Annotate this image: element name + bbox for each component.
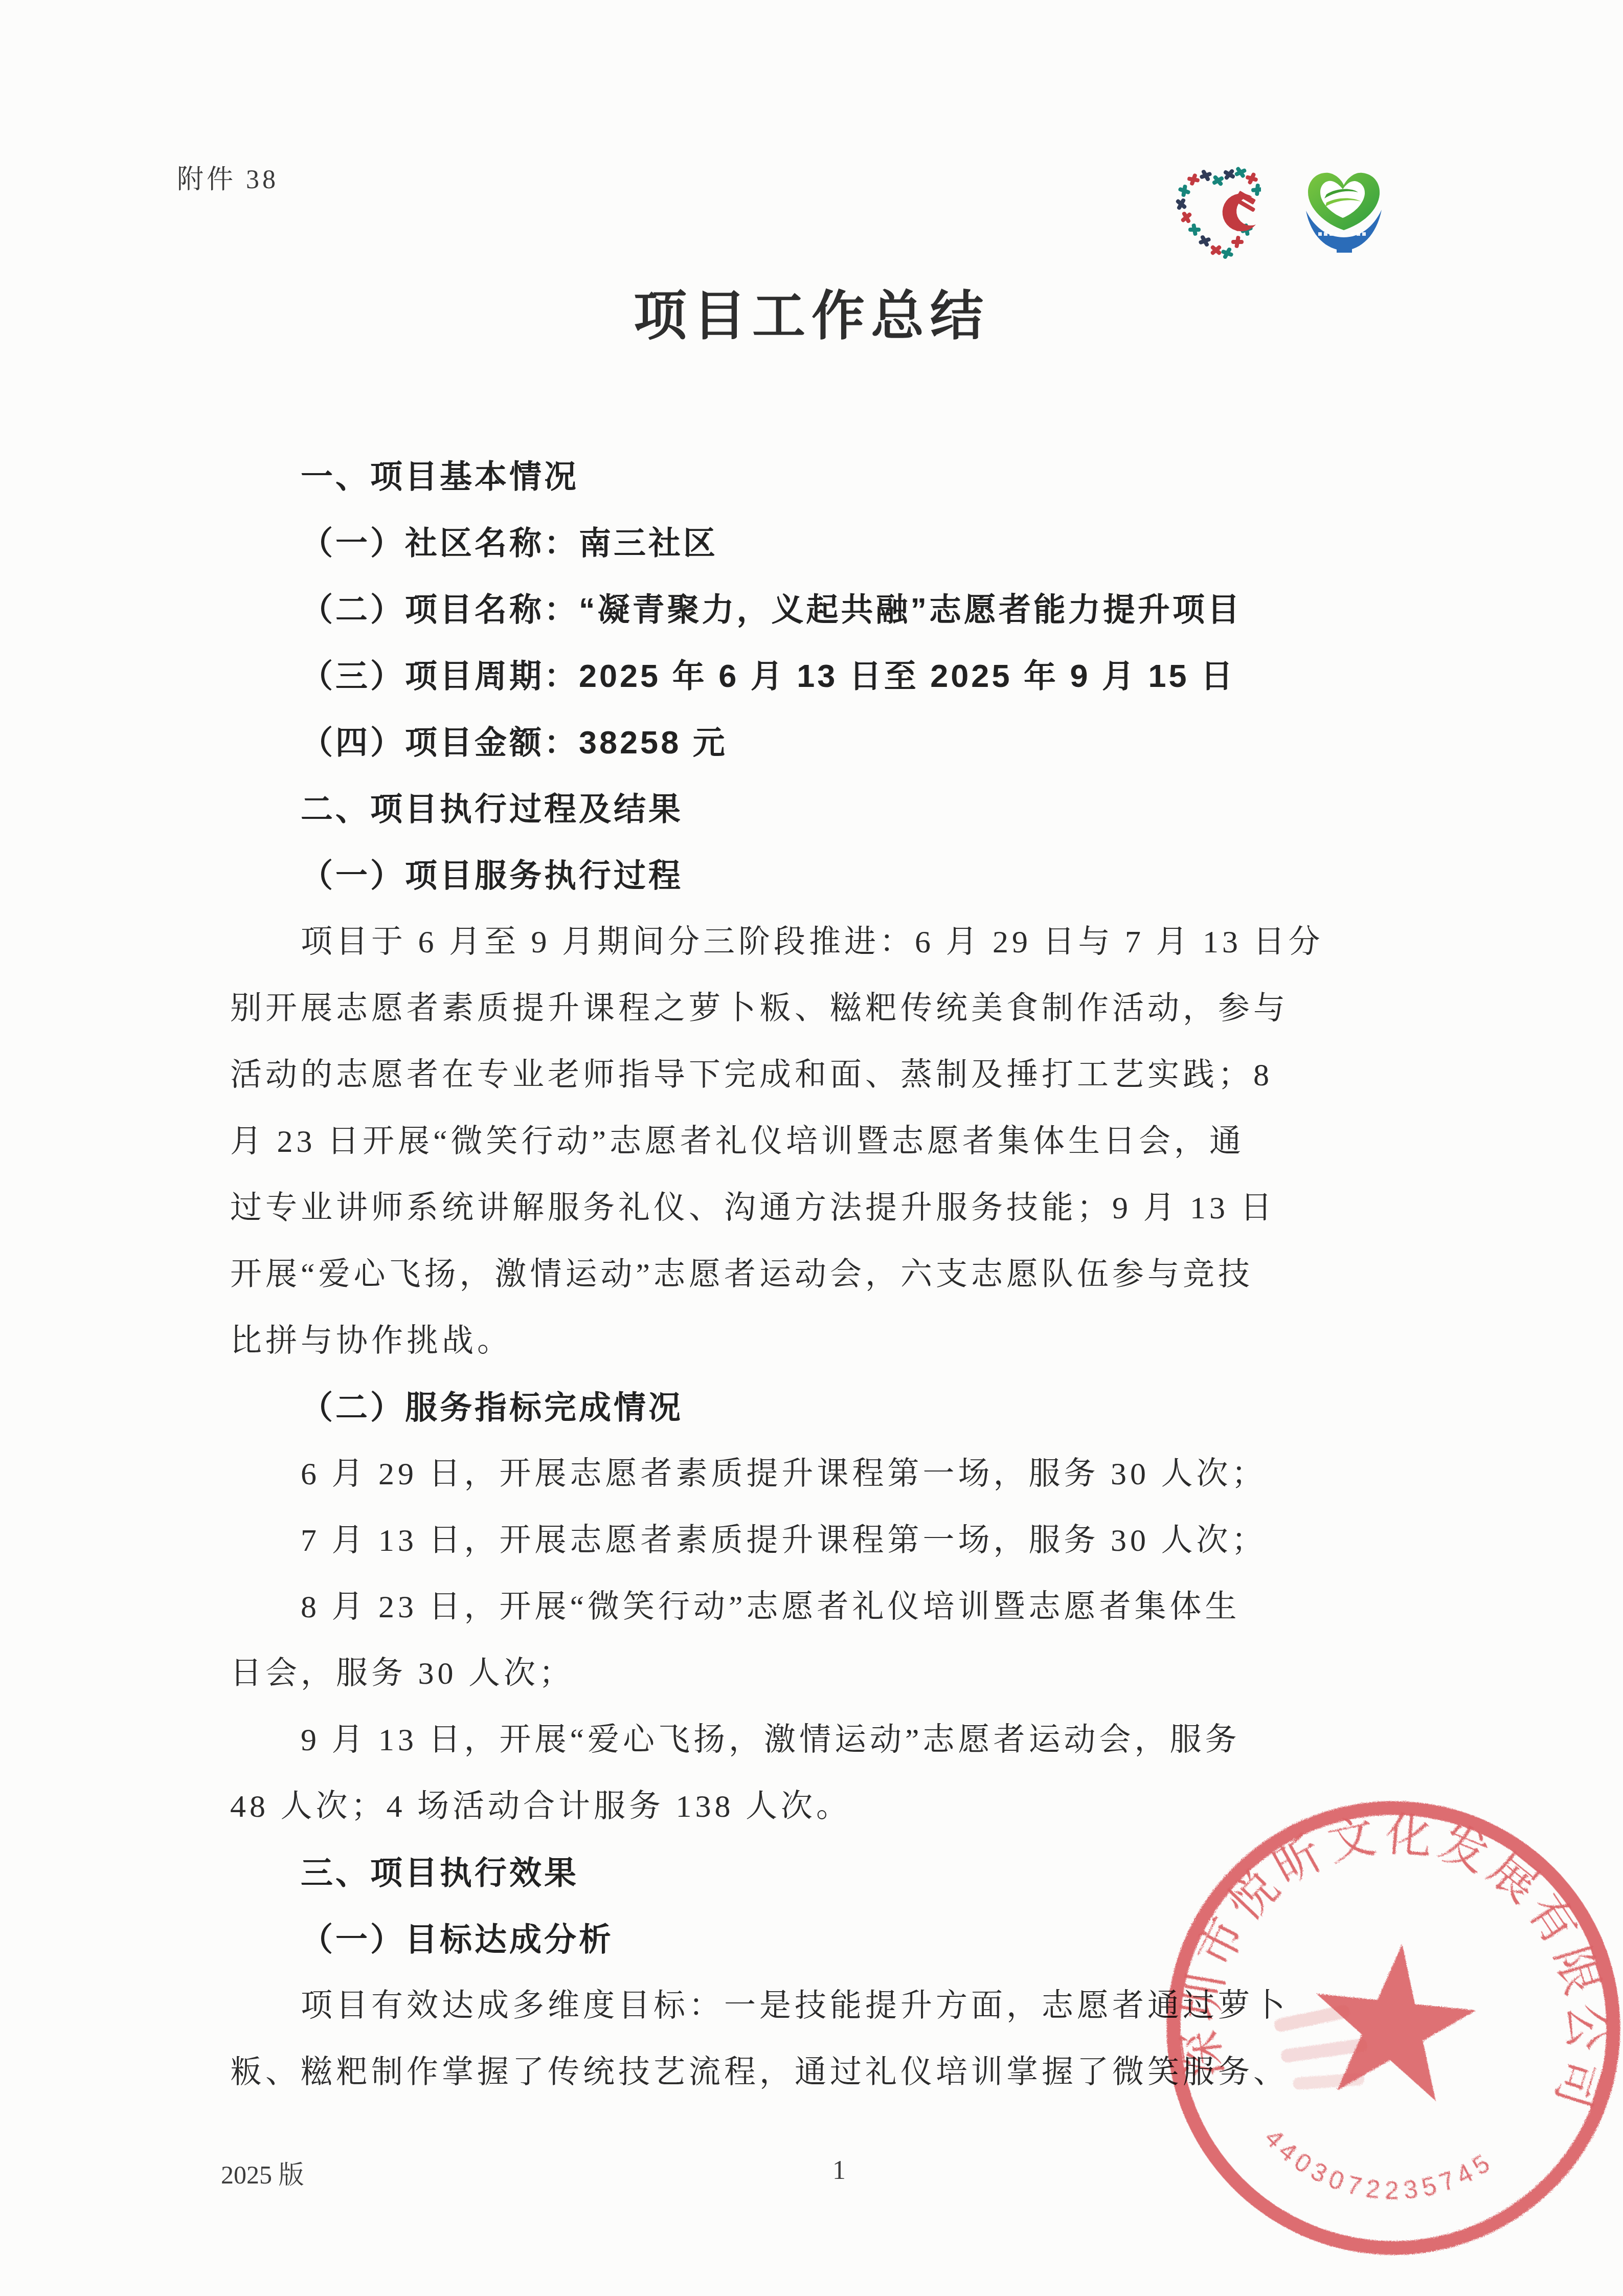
section-heading: （一）社区名称：南三社区 [230, 510, 1401, 576]
page-title: 项目工作总结 [0, 273, 1623, 350]
body-line: 9 月 13 日，开展“爱心飞扬，激情运动”志愿者运动会，服务 [230, 1707, 1401, 1773]
hammer-sickle-icon [1223, 191, 1256, 232]
section-heading: （二）项目名称：“凝青聚力，义起共融”志愿者能力提升项目 [230, 576, 1401, 643]
body-line: 比拼与协作挑战。 [230, 1308, 1401, 1374]
attachment-label: 附件 38 [177, 158, 279, 196]
green-heart-bowl-logo [1303, 167, 1385, 254]
seal-serial-number: 4403072235745 [1254, 2122, 1502, 2216]
footer-version-label: 2025 版 [221, 2154, 304, 2191]
body-line: 7 月 13 日，开展志愿者素质提升课程第一场，服务 30 人次； [230, 1507, 1401, 1574]
section-heading: （二）服务指标完成情况 [230, 1374, 1401, 1441]
body-line: 6 月 29 日，开展志愿者素质提升课程第一场，服务 30 人次； [230, 1441, 1401, 1507]
body-line: 8 月 23 日，开展“微笑行动”志愿者礼仪培训暨志愿者集体生 [230, 1574, 1401, 1640]
section-heading: 二、项目执行过程及结果 [230, 776, 1401, 842]
section-heading: （一）项目服务执行过程 [230, 842, 1401, 909]
body-line: 开展“爱心飞扬，激情运动”志愿者运动会，六支志愿队伍参与竞技 [230, 1241, 1401, 1308]
footer-page-number: 1 [832, 2155, 846, 2186]
section-heading: （三）项目周期：2025 年 6 月 13 日至 2025 年 9 月 15 日 [230, 643, 1401, 709]
body-line: 活动的志愿者在专业老师指导下完成和面、蒸制及捶打工艺实践；8 [230, 1042, 1401, 1108]
section-heading: （四）项目金额：38258 元 [230, 709, 1401, 776]
body-line: 项目于 6 月至 9 月期间分三阶段推进：6 月 29 日与 7 月 13 日分 [230, 909, 1401, 975]
dancing-figures [1175, 166, 1261, 261]
body-line: 日会，服务 30 人次； [230, 1640, 1401, 1707]
section-heading: 一、项目基本情况 [230, 443, 1401, 510]
svg-text:4403072235745: 4403072235745 [1254, 2122, 1502, 2216]
body-line: 过专业讲师系统讲解服务礼仪、沟通方法提升服务技能；9 月 13 日 [230, 1175, 1401, 1241]
party-heart-logo [1174, 165, 1261, 262]
bowl-microtext [1318, 232, 1366, 236]
body-line: 月 23 日开展“微笑行动”志愿者礼仪培训暨志愿者集体生日会，通 [230, 1108, 1401, 1175]
company-seal: 深圳市悦昕文化发展有限公司 4403072235745 [1166, 1800, 1621, 2256]
document-page: 附件 38 [0, 0, 1623, 2296]
body-line: 别开展志愿者素质提升课程之萝卜粄、糍粑传统美食制作活动，参与 [230, 975, 1401, 1042]
